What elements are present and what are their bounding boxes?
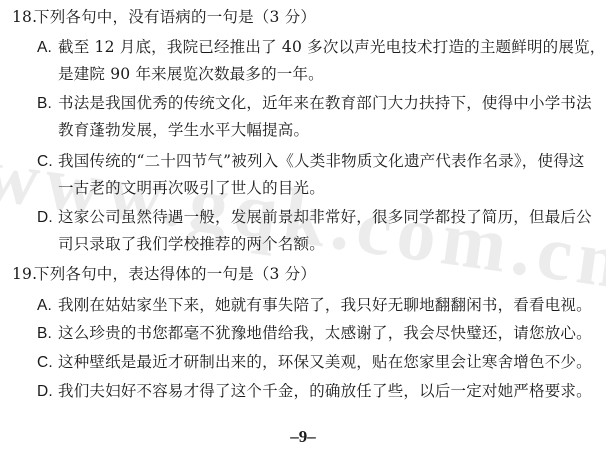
option-label: C.	[37, 152, 58, 172]
q19-option-d: D.我们夫妇好不容易才得了这个千金，的确放任了些，以后一定对她严格要求。	[37, 381, 592, 402]
option-text: 这么珍贵的书您都毫不犹豫地借给我，太感谢了，我会尽快璧还，请您放心。	[58, 324, 592, 342]
q19-option-b: B.这么珍贵的书您都毫不犹豫地借给我，太感谢了，我会尽快璧还，请您放心。	[37, 323, 592, 344]
option-text: 这家公司虽然待遇一般，发展前景却非常好，很多同学都投了简历，但最后公	[58, 208, 592, 226]
option-label: B.	[37, 324, 58, 344]
q19-option-c: C.这种壁纸是最近才研制出来的，环保又美观，贴在您家里会让寒舍增色不少。	[37, 352, 592, 373]
option-text: 书法是我国优秀的传统文化，近年来在教育部门大力扶持下，使得中小学书法	[58, 94, 592, 112]
question-number: 19.	[12, 264, 34, 284]
option-text: 我国传统的“二十四节气”被列入《人类非物质文化遗产代表作名录》，使得这	[58, 152, 585, 170]
q18-option-c-line2: 一古老的文明再次吸引了世人的目光。	[58, 178, 325, 198]
option-text: 我们夫妇好不容易才得了这个千金，的确放任了些，以后一定对她严格要求。	[58, 382, 592, 400]
question-19-stem: 19.下列各句中，表达得体的一句是（3 分）	[12, 264, 316, 284]
q18-option-d-line2: 司只录取了我们学校推荐的两个名额。	[58, 234, 325, 254]
option-label: A.	[37, 296, 58, 316]
q18-option-b-line2: 教育蓬勃发展，学生水平大幅提高。	[58, 120, 309, 140]
q19-option-a: A.我刚在姑姑家坐下来，她就有事失陪了，我只好无聊地翻翻闲书，看看电视。	[37, 295, 592, 316]
question-stem: 下列各句中，没有语病的一句是（3 分）	[34, 8, 316, 26]
option-label: B.	[37, 94, 58, 114]
question-number: 18.	[12, 7, 34, 27]
q18-option-a-line1: A.截至 12 月底，我院已经推出了 40 多次以声光电技术打造的主题鲜明的展览…	[37, 37, 605, 58]
page-number: –9–	[0, 427, 606, 447]
question-stem: 下列各句中，表达得体的一句是（3 分）	[34, 265, 316, 283]
q18-option-c-line1: C.我国传统的“二十四节气”被列入《人类非物质文化遗产代表作名录》，使得这	[37, 151, 585, 172]
option-text: 截至 12 月底，我院已经推出了 40 多次以声光电技术打造的主题鲜明的展览，	[58, 38, 605, 56]
option-label: D.	[37, 382, 58, 402]
q18-option-b-line1: B.书法是我国优秀的传统文化，近年来在教育部门大力扶持下，使得中小学书法	[37, 93, 592, 114]
option-label: D.	[37, 208, 58, 228]
question-18-stem: 18.下列各句中，没有语病的一句是（3 分）	[12, 7, 316, 27]
option-text: 我刚在姑姑家坐下来，她就有事失陪了，我只好无聊地翻翻闲书，看看电视。	[58, 296, 592, 314]
exam-page: www.gqk.com.cn 18.下列各句中，没有语病的一句是（3 分） A.…	[0, 0, 606, 453]
q18-option-a-line2: 是建院 90 年来展览次数最多的一年。	[58, 64, 324, 84]
q18-option-d-line1: D.这家公司虽然待遇一般，发展前景却非常好，很多同学都投了简历，但最后公	[37, 207, 592, 228]
option-label: A.	[37, 38, 58, 58]
option-text: 这种壁纸是最近才研制出来的，环保又美观，贴在您家里会让寒舍增色不少。	[58, 353, 592, 371]
option-label: C.	[37, 353, 58, 373]
